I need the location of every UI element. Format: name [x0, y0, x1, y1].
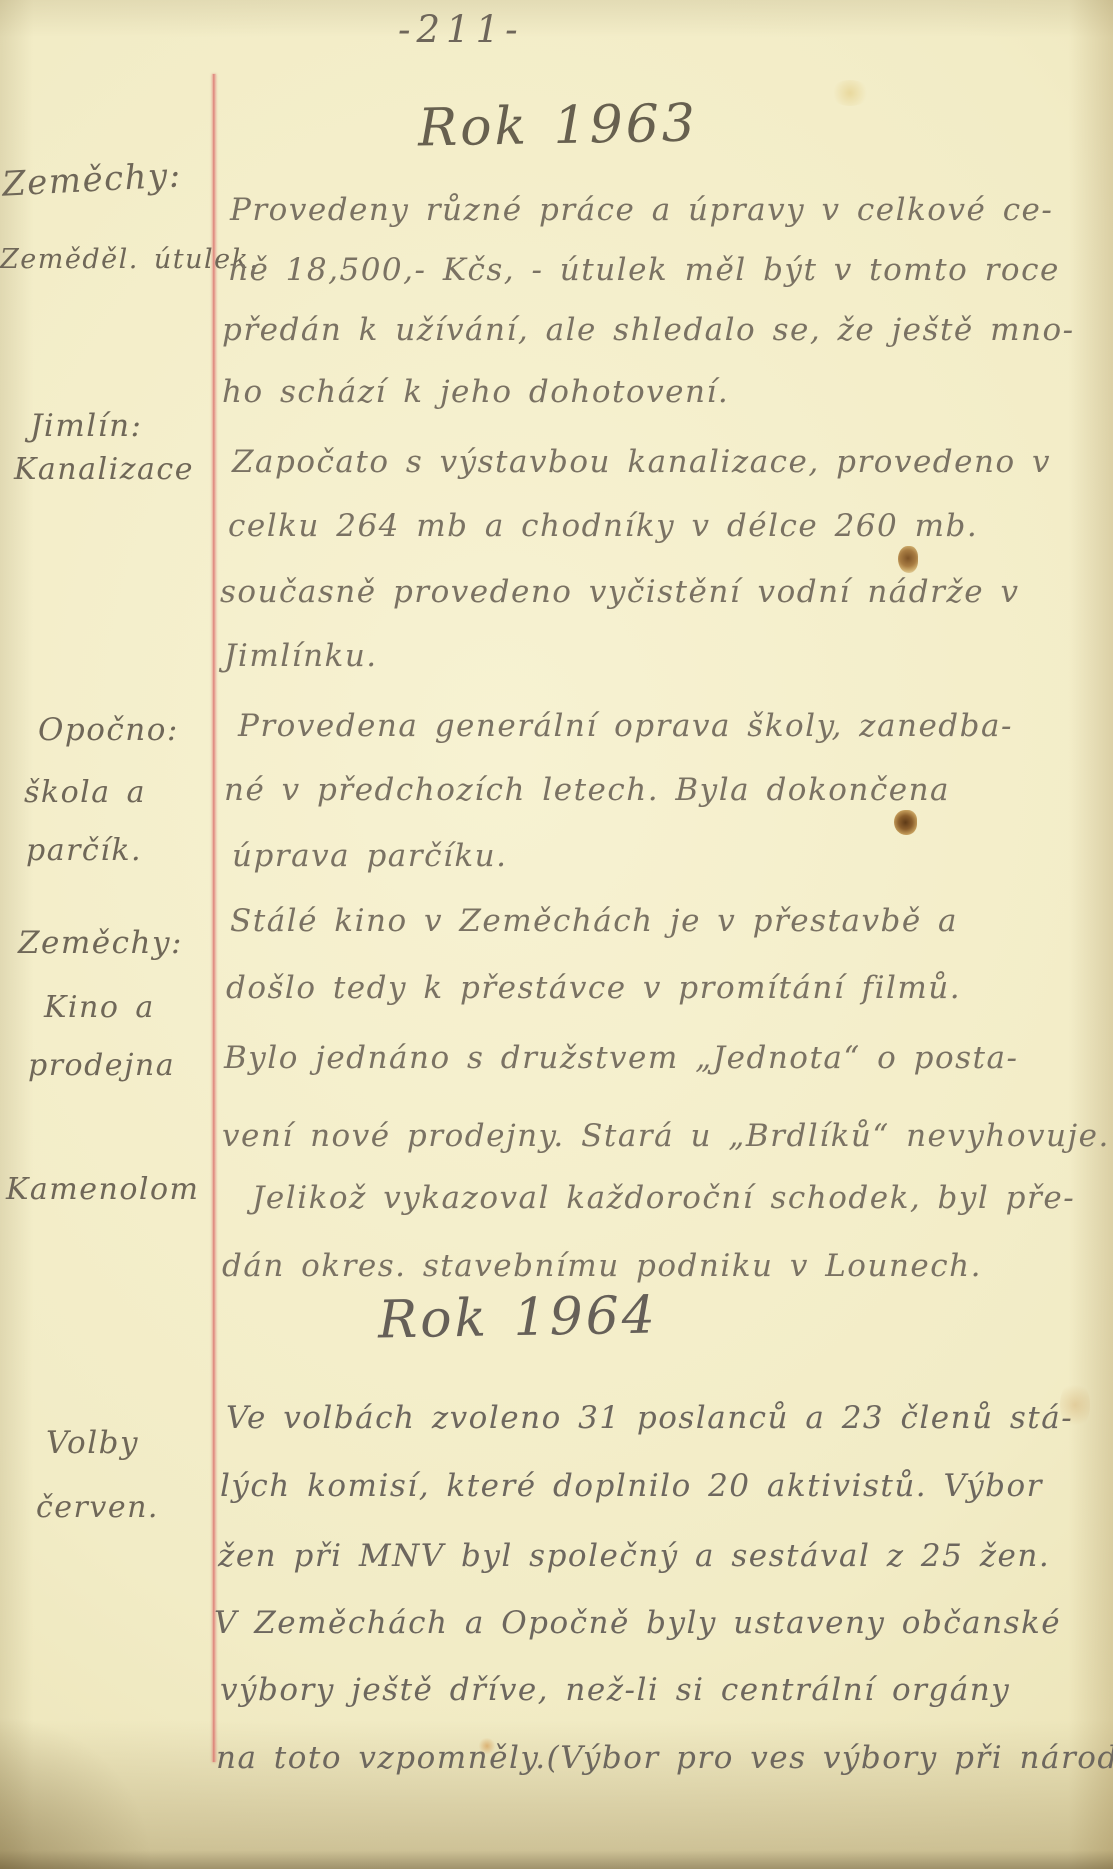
paper-stain: [1060, 1380, 1090, 1430]
handwritten-line: Ve volbách zvoleno 31 poslanců a 23 člen…: [226, 1400, 1073, 1436]
handwritten-line: Provedeny různé práce a úpravy v celkové…: [230, 192, 1053, 228]
handwritten-line: dán okres. stavebnímu podniku v Lounech.: [222, 1248, 982, 1284]
handwritten-line: předán k užívání, ale shledalo se, že je…: [222, 312, 1075, 348]
margin-note: Jimlín:: [30, 408, 142, 444]
margin-note: Kanalizace: [14, 452, 194, 487]
margin-note: parčík.: [26, 833, 142, 868]
handwritten-line: V Zeměchách a Opočně byly ustaveny občan…: [214, 1605, 1061, 1641]
handwritten-line: výbory ještě dříve, než-li si centrální …: [220, 1672, 1010, 1708]
handwritten-line: lých komisí, které doplnilo 20 aktivistů…: [220, 1468, 1043, 1504]
paper-hole: [898, 546, 918, 573]
year-heading-1964: Rok 1964: [377, 1286, 658, 1351]
margin-note: Kino a: [44, 990, 155, 1025]
margin-note: Opočno:: [38, 712, 179, 748]
margin-rule-line: [212, 74, 216, 1762]
margin-note: škola a: [24, 775, 146, 810]
handwritten-line: vení nové prodejny. Stará u „Brdlíků“ ne…: [222, 1118, 1110, 1154]
margin-note: Zeměděl. útulek.: [0, 244, 260, 275]
margin-note: červen.: [36, 1490, 159, 1525]
handwritten-line: současně provedeno vyčistění vodní nádrž…: [220, 574, 1019, 610]
margin-note: Kamenolom: [6, 1172, 200, 1207]
handwritten-line: Jimlínku.: [224, 638, 378, 674]
handwritten-line: na toto vzpomněly.(Výbor pro ves výbory …: [216, 1740, 1113, 1776]
handwritten-line: celku 264 mb a chodníky v délce 260 mb.: [228, 508, 978, 544]
handwritten-line: Bylo jednáno s družstvem „Jednota“ o pos…: [224, 1040, 1018, 1076]
margin-note: Zeměchy:: [1, 155, 183, 204]
year-heading-1963: Rok 1963: [417, 94, 698, 159]
handwritten-line: došlo tedy k přestávce v promítání filmů…: [226, 970, 961, 1006]
handwritten-line: ně 18,500,- Kčs, - útulek měl být v tomt…: [228, 252, 1060, 288]
margin-note: prodejna: [28, 1048, 175, 1083]
page-number: -211-: [398, 8, 524, 51]
paper-hole: [894, 810, 917, 835]
handwritten-line: Jelikož vykazoval každoroční schodek, by…: [252, 1180, 1075, 1216]
handwritten-line: žen při MNV byl společný a sestával z 25…: [218, 1538, 1050, 1574]
chronicle-page: -211- Rok 1963 Rok 1964 Zeměchy: Zeměděl…: [0, 0, 1113, 1869]
paper-stain: [830, 80, 870, 106]
handwritten-line: ho schází k jeho dohotovení.: [222, 374, 729, 410]
margin-note: Volby: [46, 1425, 139, 1461]
margin-note: Zeměchy:: [18, 925, 183, 961]
handwritten-line: né v předchozích letech. Byla dokončena: [224, 772, 950, 808]
handwritten-line: úprava parčíku.: [232, 838, 508, 874]
handwritten-line: Stálé kino v Zeměchách je v přestavbě a: [230, 903, 958, 939]
handwritten-line: Provedena generální oprava školy, zanedb…: [238, 708, 1013, 744]
paper-stain: [478, 1738, 496, 1754]
handwritten-line: Započato s výstavbou kanalizace, provede…: [232, 444, 1051, 480]
